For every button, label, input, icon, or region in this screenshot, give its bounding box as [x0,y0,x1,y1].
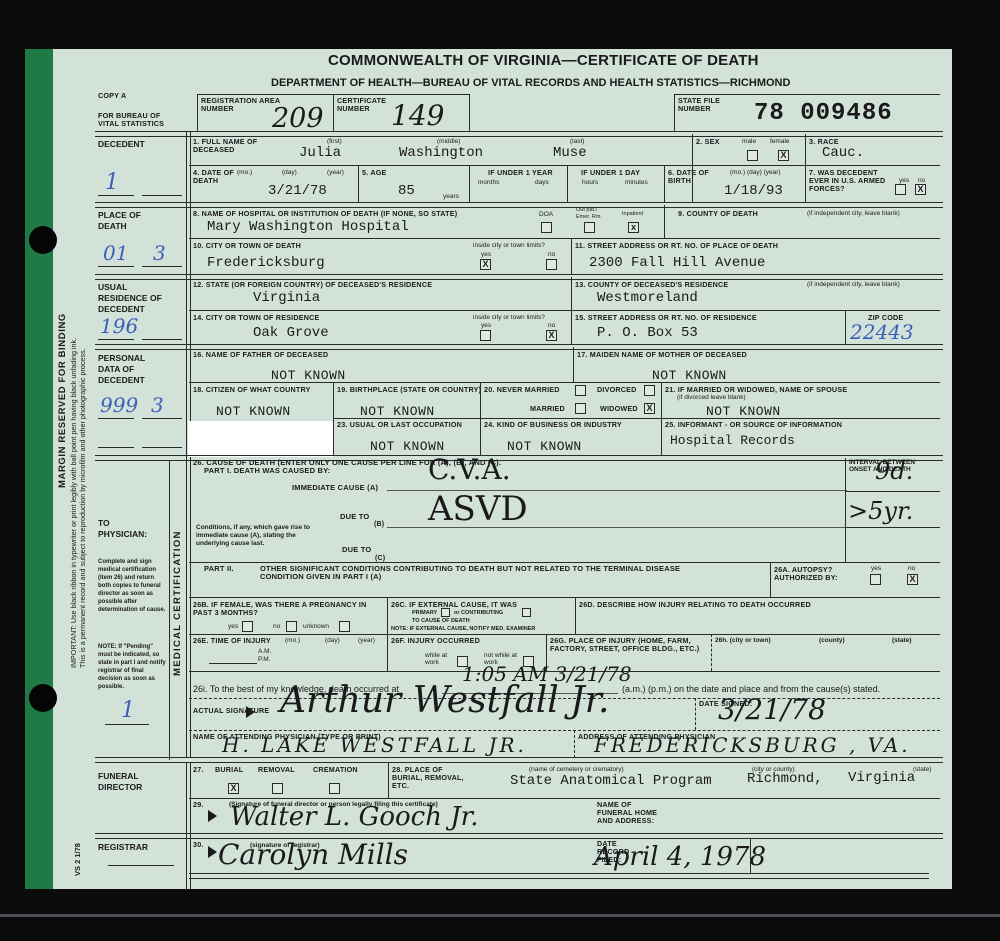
section-decedent: DECEDENT [98,139,145,150]
residence-city-value: Oak Grove [253,325,329,341]
city-of-death-value: Fredericksburg [207,255,325,271]
injury-year-label: (year) [358,637,375,644]
date-of-death-label: 4. DATE OF DEATH [193,169,241,185]
hospital-value: Mary Washington Hospital [207,219,409,235]
doa-label: DOA [539,211,553,218]
sex-female-label: female [770,138,790,145]
funeral-home-label: NAME OF FUNERAL HOME AND ADDRESS: [597,801,667,825]
punch-hole [29,684,57,712]
actual-signature-label: ACTUAL SIGNATURE [193,707,269,715]
informant-label: 25. INFORMANT - OR SOURCE OF INFORMATION [665,421,842,429]
to-cause-label: TO CAUSE OF DEATH [412,618,470,625]
redacted-ssn [188,421,333,457]
age-value: 85 [398,183,415,199]
physician-address-value: FREDERICKSBURG , VA. [594,733,911,757]
time-of-injury-label: 26e. TIME OF INJURY [193,637,271,645]
pregnancy-unknown-label: unknown [303,623,329,630]
registrar-signature: Carolyn Mills [218,838,408,871]
section-usual-residence: USUAL RESIDENCE OF DECEDENT [98,282,178,315]
document-title: COMMONWEALTH OF VIRGINIA—CERTIFICATE OF … [328,52,759,69]
residence-street-label: 15. STREET ADDRESS OR RT. NO. OF RESIDEN… [575,314,757,322]
pregnancy-no-checkbox[interactable] [286,621,297,632]
place-code-b: 3 [153,241,166,265]
signature-arrow-icon [208,810,217,822]
full-name-label: 1. FULL NAME OF DECEASED [193,138,263,154]
section-funeral-director: FUNERAL DIRECTOR [98,771,168,793]
contributing-checkbox[interactable] [522,608,531,617]
item-30-number: 30. [193,841,204,849]
residence-county-value: Westmoreland [597,290,698,306]
medical-certification-label: MEDICAL CERTIFICATION [172,530,183,676]
burial-state-value: Virginia [848,770,915,786]
due-to-c-label: DUE TO [342,546,371,554]
primary-checkbox[interactable] [441,608,450,617]
form-id: VS 2 1/78 [73,843,82,876]
mother-name-value: NOT KNOWN [652,368,727,383]
injury-city-label: 26h. (city or town) [715,637,771,644]
armed-yes-checkbox[interactable] [895,184,906,195]
city-of-death-label: 10. CITY OR TOWN OF DEATH [193,242,301,250]
important-note-1: IMPORTANT: Use black ribbon in typewrite… [70,338,78,668]
section-registrar: REGISTRAR [98,842,148,853]
citizen-label: 18. CITIZEN OF WHAT COUNTRY [193,386,311,394]
copy-label: COPY A [98,92,126,100]
injury-occurred-label: 26f. INJURY OCCURRED [391,637,480,645]
outpatient-checkbox[interactable] [584,222,595,233]
important-note-2: This is a permanent record and subject t… [79,348,87,668]
last-name-label: (last) [570,138,584,145]
cemetery-value: State Anatomical Program [510,773,712,789]
spouse-label: 21. IF MARRIED OR WIDOWED, NAME OF SPOUS… [665,386,847,394]
part-2-label: PART II. [204,565,234,573]
while-at-work-label: while at work [425,652,455,666]
never-married-checkbox[interactable] [575,385,586,396]
cemetery-note: (name of cemetery or crematory) [529,766,624,773]
dod-month-label: (mo.) [237,169,252,176]
last-name-value: Muse [553,145,587,161]
copy-for-label: FOR BUREAU OF VITAL STATISTICS [98,112,183,128]
burial-city-value: Richmond, [747,771,823,787]
informant-value: Hospital Records [670,433,795,448]
inpatient-checkbox[interactable]: x [628,222,639,233]
cause-a-value: C.V.A. [428,453,511,486]
residence-county-label: 13. COUNTY OF DECEASED'S RESIDENCE [575,281,728,289]
business-label: 24. KIND OF BUSINESS OR INDUSTRY [484,421,622,429]
residence-city-label: 14. CITY OR TOWN OF RESIDENCE [193,314,320,322]
conditions-note: Conditions, if any, which gave rise to i… [196,524,326,548]
injury-day-label: (day) [325,637,340,644]
hospital-label: 8. NAME OF HOSPITAL OR INSTITUTION OF DE… [193,210,457,218]
residence-inside-yes-checkbox[interactable] [480,330,491,341]
decedent-code: 1 [105,170,119,195]
date-filed-value: April 4, 1978 [594,842,766,872]
first-name-label: (first) [327,138,342,145]
outpatient-label: Out pat./ Emer. Rm. [576,207,606,221]
sex-label: 2. SEX [696,138,720,146]
doa-checkbox[interactable] [541,222,552,233]
funeral-director-signature: Walter L. Gooch Jr. [230,802,479,832]
dob-units-label: (mo.) (day) (year) [730,169,781,176]
days-label: days [535,179,549,186]
date-of-death-value: 3/21/78 [268,183,327,199]
burial-label: BURIAL [215,766,243,774]
inside-limits-label: inside city or town limits? [473,242,545,249]
armed-no-checkbox[interactable]: X [915,184,926,195]
county-of-death-label: 9. COUNTY OF DEATH [678,210,758,218]
age-years-label: years [443,193,459,200]
signature-arrow-icon [208,846,217,858]
part-2-text: OTHER SIGNIFICANT CONDITIONS CONTRIBUTIN… [260,565,690,581]
autopsy-label: 26a. AUTOPSY? AUTHORIZED BY: [774,566,849,582]
part-1-label: PART I. DEATH WAS CAUSED BY: [204,467,330,475]
certificate-number-label: CERTIFICATE NUMBER [337,97,397,113]
date-signed-value: 3/21/78 [718,693,826,726]
dod-day-label: (day) [282,169,297,176]
b-label: (B) [374,521,384,529]
primary-label: PRIMARY [412,610,437,617]
pregnancy-unknown-checkbox[interactable] [339,621,350,632]
pregnancy-no-label: no [273,623,280,630]
minutes-label: minutes [625,179,648,186]
autopsy-yes-label: yes [871,565,881,572]
certificate-number-value: 149 [391,99,444,132]
middle-name-label: (middle) [437,138,460,145]
occupation-value: NOT KNOWN [370,439,445,454]
registration-area-value: 209 [272,103,324,134]
father-name-value: NOT KNOWN [271,368,346,383]
street-of-death-label: 11. STREET ADDRESS OR RT. NO. OF PLACE O… [575,242,778,250]
personal-code-a: 999 [100,393,138,417]
external-cause-label: 26c. IF EXTERNAL CAUSE, IT WAS [391,601,517,609]
burial-checkbox[interactable]: X [228,783,239,794]
first-name-value: Julia [299,145,341,161]
spouse-note: (if divorced leave blank) [677,394,746,401]
street-of-death-value: 2300 Fall Hill Avenue [589,255,765,271]
state-file-value: 78 009486 [754,100,893,127]
under-1-day-label: IF UNDER 1 DAY [581,169,640,177]
interval-a-value: 9d. [875,457,913,485]
margin-binding-label: MARGIN RESERVED FOR BINDING [57,313,68,488]
removal-label: REMOVAL [258,766,295,774]
date-of-birth-value: 1/18/93 [724,183,783,199]
divorced-label: DIVORCED [597,386,637,394]
injury-county-label: (county) [819,637,845,644]
cremation-checkbox[interactable] [329,783,340,794]
married-checkbox[interactable] [575,403,586,414]
autopsy-no-label: no [908,565,915,572]
widowed-label: WIDOWED [600,405,638,413]
pregnancy-yes-checkbox[interactable] [242,621,253,632]
business-value: NOT KNOWN [507,439,582,454]
race-value: Cauc. [822,145,864,161]
residence-state-value: Virginia [253,290,320,306]
armed-forces-label: 7. WAS DECEDENT EVER IN U.S. ARMED FORCE… [809,169,889,193]
hours-label: hours [582,179,598,186]
state-note: (state) [913,766,931,773]
scanner-edge [0,914,1000,917]
never-married-label: 20. NEVER MARRIED [484,386,560,394]
armed-yes-label: yes [899,177,909,184]
residence-inside-limits-label: inside city or town limits? [473,314,545,321]
signature-arrow-icon [246,706,255,718]
place-of-injury-label: 26g. PLACE OF INJURY (home, farm, factor… [550,637,700,653]
mother-name-label: 17. MAIDEN NAME OF MOTHER OF DECEASED [577,351,747,359]
city-inside-no-checkbox[interactable] [546,259,557,270]
section-personal-data: PERSONAL DATA OF DECEDENT [98,353,168,386]
injury-month-label: (mo.) [285,637,300,644]
residence-no-label: no [548,322,555,329]
married-label: MARRIED [530,405,565,413]
residence-yes-label: yes [481,322,491,329]
binding-stripe [25,49,53,889]
cause-b-value: ASVD [428,489,528,529]
state-file-label: STATE FILE NUMBER [678,97,738,113]
spouse-value: NOT KNOWN [706,404,781,419]
punch-hole [29,226,57,254]
interval-b-value: >5yr. [848,497,913,525]
autopsy-yes-checkbox[interactable] [870,574,881,585]
registration-area-label: REGISTRATION AREA NUMBER [201,97,281,113]
city-no-label: no [548,251,555,258]
residence-code: 196 [100,314,138,338]
place-of-burial-label: 28. PLACE OF BURIAL, REMOVAL, ETC. [392,766,467,790]
section-place-of-death: PLACE OF DEATH [98,210,168,232]
injury-state-label: (state) [892,637,912,644]
city-inside-yes-checkbox[interactable]: X [480,259,491,270]
notify-examiner-note: NOTE: IF EXTERNAL CAUSE, NOTIFY MED. EXA… [391,626,535,633]
armed-no-label: no [918,177,925,184]
sex-male-label: male [742,138,756,145]
inpatient-label: Inpatient [622,211,643,218]
removal-checkbox[interactable] [272,783,283,794]
pending-note: NOTE: If "Pending" must be indicated, so… [98,643,168,691]
date-of-birth-label: 6. DATE OF BIRTH [668,169,716,185]
due-to-b-label: DUE TO [340,513,369,521]
cremation-label: CREMATION [313,766,358,774]
county-of-death-note: (if independent city, leave blank) [807,210,900,217]
item-29-number: 29. [193,801,204,809]
residence-state-label: 12. STATE (OR FOREIGN COUNTRY) OF DECEAS… [193,281,432,289]
birthplace-label: 19. BIRTHPLACE (state or country) [337,386,481,394]
middle-name-value: Washington [399,145,483,161]
physician-code: 1 [121,698,135,723]
place-code-a: 01 [103,241,128,265]
physician-instructions: Complete and sign medical certification … [98,558,168,614]
physician-signature: Arthur Westfall Jr. [280,680,609,721]
father-name-label: 16. NAME OF FATHER OF DECEASED [193,351,328,359]
dod-year-label: (year) [327,169,344,176]
personal-code-b: 3 [151,393,164,417]
pregnancy-yes-label: yes [228,623,238,630]
attending-physician-value: H. LAKE WESTFALL JR. [222,733,527,757]
divorced-checkbox[interactable] [644,385,655,396]
occupation-label: 23. USUAL OR LAST OCCUPATION [337,421,462,429]
contributing-label: or CONTRIBUTING [454,610,503,617]
autopsy-no-checkbox[interactable]: X [907,574,918,585]
city-yes-label: yes [481,251,491,258]
sex-male-checkbox[interactable] [747,150,758,161]
residence-county-note: (if independent city, leave blank) [807,281,900,288]
under-1-year-label: IF UNDER 1 YEAR [488,169,553,177]
birthplace-value: NOT KNOWN [360,404,435,419]
residence-inside-no-checkbox[interactable]: X [546,330,557,341]
age-label: 5. AGE [362,169,387,177]
months-label: months [478,179,499,186]
citizen-value: NOT KNOWN [216,404,291,419]
item-27-number: 27. [193,766,204,774]
document-subtitle: DEPARTMENT OF HEALTH—BUREAU OF VITAL REC… [271,77,790,89]
pregnancy-label: 26b. IF FEMALE, WAS THERE A PREGNANCY IN… [193,601,383,617]
pm-label: P.M. [258,656,271,663]
sex-female-checkbox[interactable]: X [778,150,789,161]
am-label: A.M. [258,648,271,655]
widowed-checkbox[interactable]: X [644,403,655,414]
section-to-physician: TO PHYSICIAN: [98,518,158,540]
injury-description-label: 26d. DESCRIBE HOW INJURY RELATING TO DEA… [579,601,811,609]
zip-value: 22443 [850,320,914,344]
residence-street-value: P. O. Box 53 [597,325,698,341]
